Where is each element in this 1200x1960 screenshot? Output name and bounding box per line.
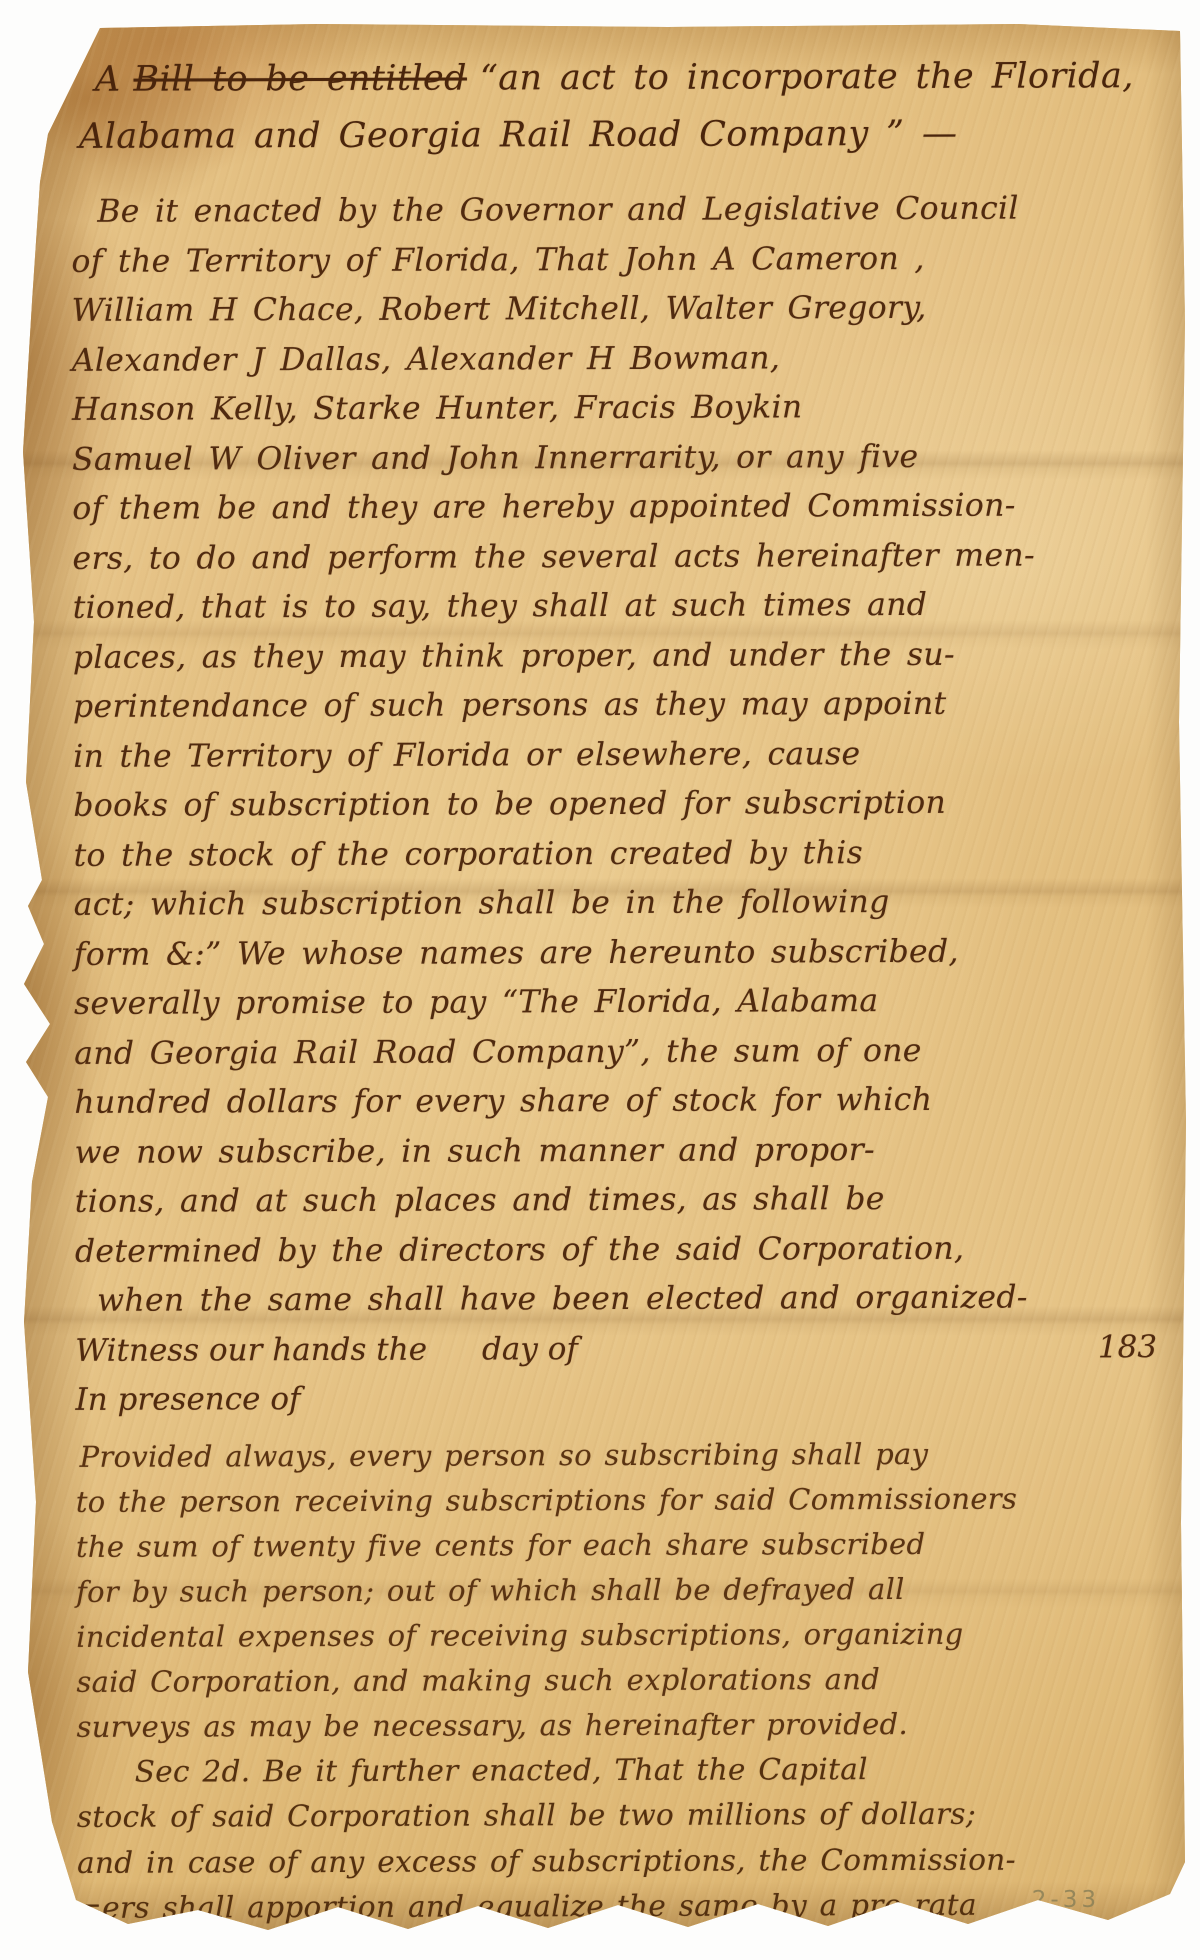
day-of-text: day of [482, 1331, 578, 1367]
manuscript-line: for by such person; out of which shall b… [76, 1566, 1156, 1615]
title-rest: “an act to incorporate the Florida, [480, 56, 1134, 98]
manuscript-line: the sum of twenty five cents for each sh… [76, 1521, 1156, 1570]
manuscript-line: =ers shall apportion and equalize the sa… [77, 1882, 1157, 1931]
archival-page-number: 2-33 [1032, 1887, 1100, 1913]
manuscript-line: determined by the directors of the said … [75, 1224, 1155, 1277]
manuscript-line: books of subscription to be opened for s… [73, 778, 1153, 831]
manuscript-line: to the person receiving subscriptions fo… [76, 1476, 1156, 1525]
witness-text: Witness our hands the [75, 1331, 427, 1368]
manuscript-line: tioned, that is to say, they shall at su… [73, 580, 1153, 633]
scanned-document: ABill to be entitled“an act to incorpora… [0, 0, 1200, 1960]
proviso-paragraph: Provided always, every person so subscri… [76, 1431, 1157, 1750]
manuscript-line: ers, to do and perform the several acts … [72, 531, 1152, 584]
manuscript-line: Sec 2d. Be it further enacted, That the … [77, 1746, 1157, 1795]
manuscript-line: perintendance of such persons as they ma… [73, 679, 1153, 732]
title-line-1: ABill to be entitled“an act to incorpora… [71, 48, 1151, 109]
presence-line: In presence of [75, 1378, 1155, 1431]
manuscript-line: stock of said Corporation shall be two m… [77, 1791, 1157, 1840]
manuscript-line: tions, and at such places and times, as … [75, 1174, 1155, 1227]
witness-line: Witness our hands the day of 183 ” [75, 1329, 1155, 1382]
manuscript-line: incidental expenses of receiving subscri… [76, 1611, 1156, 1660]
title-struck-text: Bill to be entitled [133, 59, 467, 100]
manuscript-line: of the Territory of Florida, That John A… [71, 234, 1151, 287]
manuscript-line: Provided always, every person so subscri… [76, 1431, 1156, 1480]
manuscript-line: said Corporation, and making such explor… [76, 1656, 1156, 1705]
manuscript-line: to the stock of the corporation created … [73, 828, 1153, 881]
enacting-clause-paragraph: Be it enacted by the Governor and Legisl… [71, 184, 1155, 1326]
manuscript-text: ABill to be entitled“an act to incorpora… [71, 48, 1158, 1931]
manuscript-line: Be it enacted by the Governor and Legisl… [71, 184, 1151, 237]
manuscript-line: severally promise to pay “The Florida, A… [74, 976, 1154, 1029]
manuscript-line: places, as they may think proper, and un… [73, 630, 1153, 683]
manuscript-line: form &:” We whose names are hereunto sub… [74, 927, 1154, 980]
manuscript-line: hundred dollars for every share of stock… [74, 1075, 1154, 1128]
manuscript-line: William H Chace, Robert Mitchell, Walter… [72, 283, 1152, 336]
manuscript-line: of them be and they are hereby appointed… [72, 481, 1152, 534]
title-line-2: Alabama and Georgia Rail Road Company ” … [71, 105, 1151, 166]
manuscript-line: and Georgia Rail Road Company”, the sum … [74, 1026, 1154, 1079]
manuscript-line: act; which subscription shall be in the … [74, 877, 1154, 930]
manuscript-line: Samuel W Oliver and John Innerrarity, or… [72, 432, 1152, 485]
manuscript-line: and in case of any excess of subscriptio… [77, 1837, 1157, 1886]
closing-quote: ” [1183, 1328, 1199, 1364]
manuscript-line: we now subscribe, in such manner and pro… [74, 1125, 1154, 1178]
manuscript-page: ABill to be entitled“an act to incorpora… [18, 22, 1188, 1939]
manuscript-line: Hanson Kelly, Starke Hunter, Fracis Boyk… [72, 382, 1152, 435]
section-2-paragraph: Sec 2d. Be it further enacted, That the … [77, 1746, 1158, 1932]
manuscript-line: Alexander J Dallas, Alexander H Bowman, [72, 333, 1152, 386]
title-prefix: A [95, 60, 121, 100]
manuscript-line: surveys as may be necessary, as hereinaf… [76, 1701, 1156, 1750]
manuscript-line: when the same shall have been elected an… [75, 1273, 1155, 1326]
bill-title: ABill to be entitled“an act to incorpora… [71, 48, 1151, 166]
manuscript-line: in the Territory of Florida or elsewhere… [73, 729, 1153, 782]
year-blank-183: 183 [1098, 1329, 1157, 1365]
